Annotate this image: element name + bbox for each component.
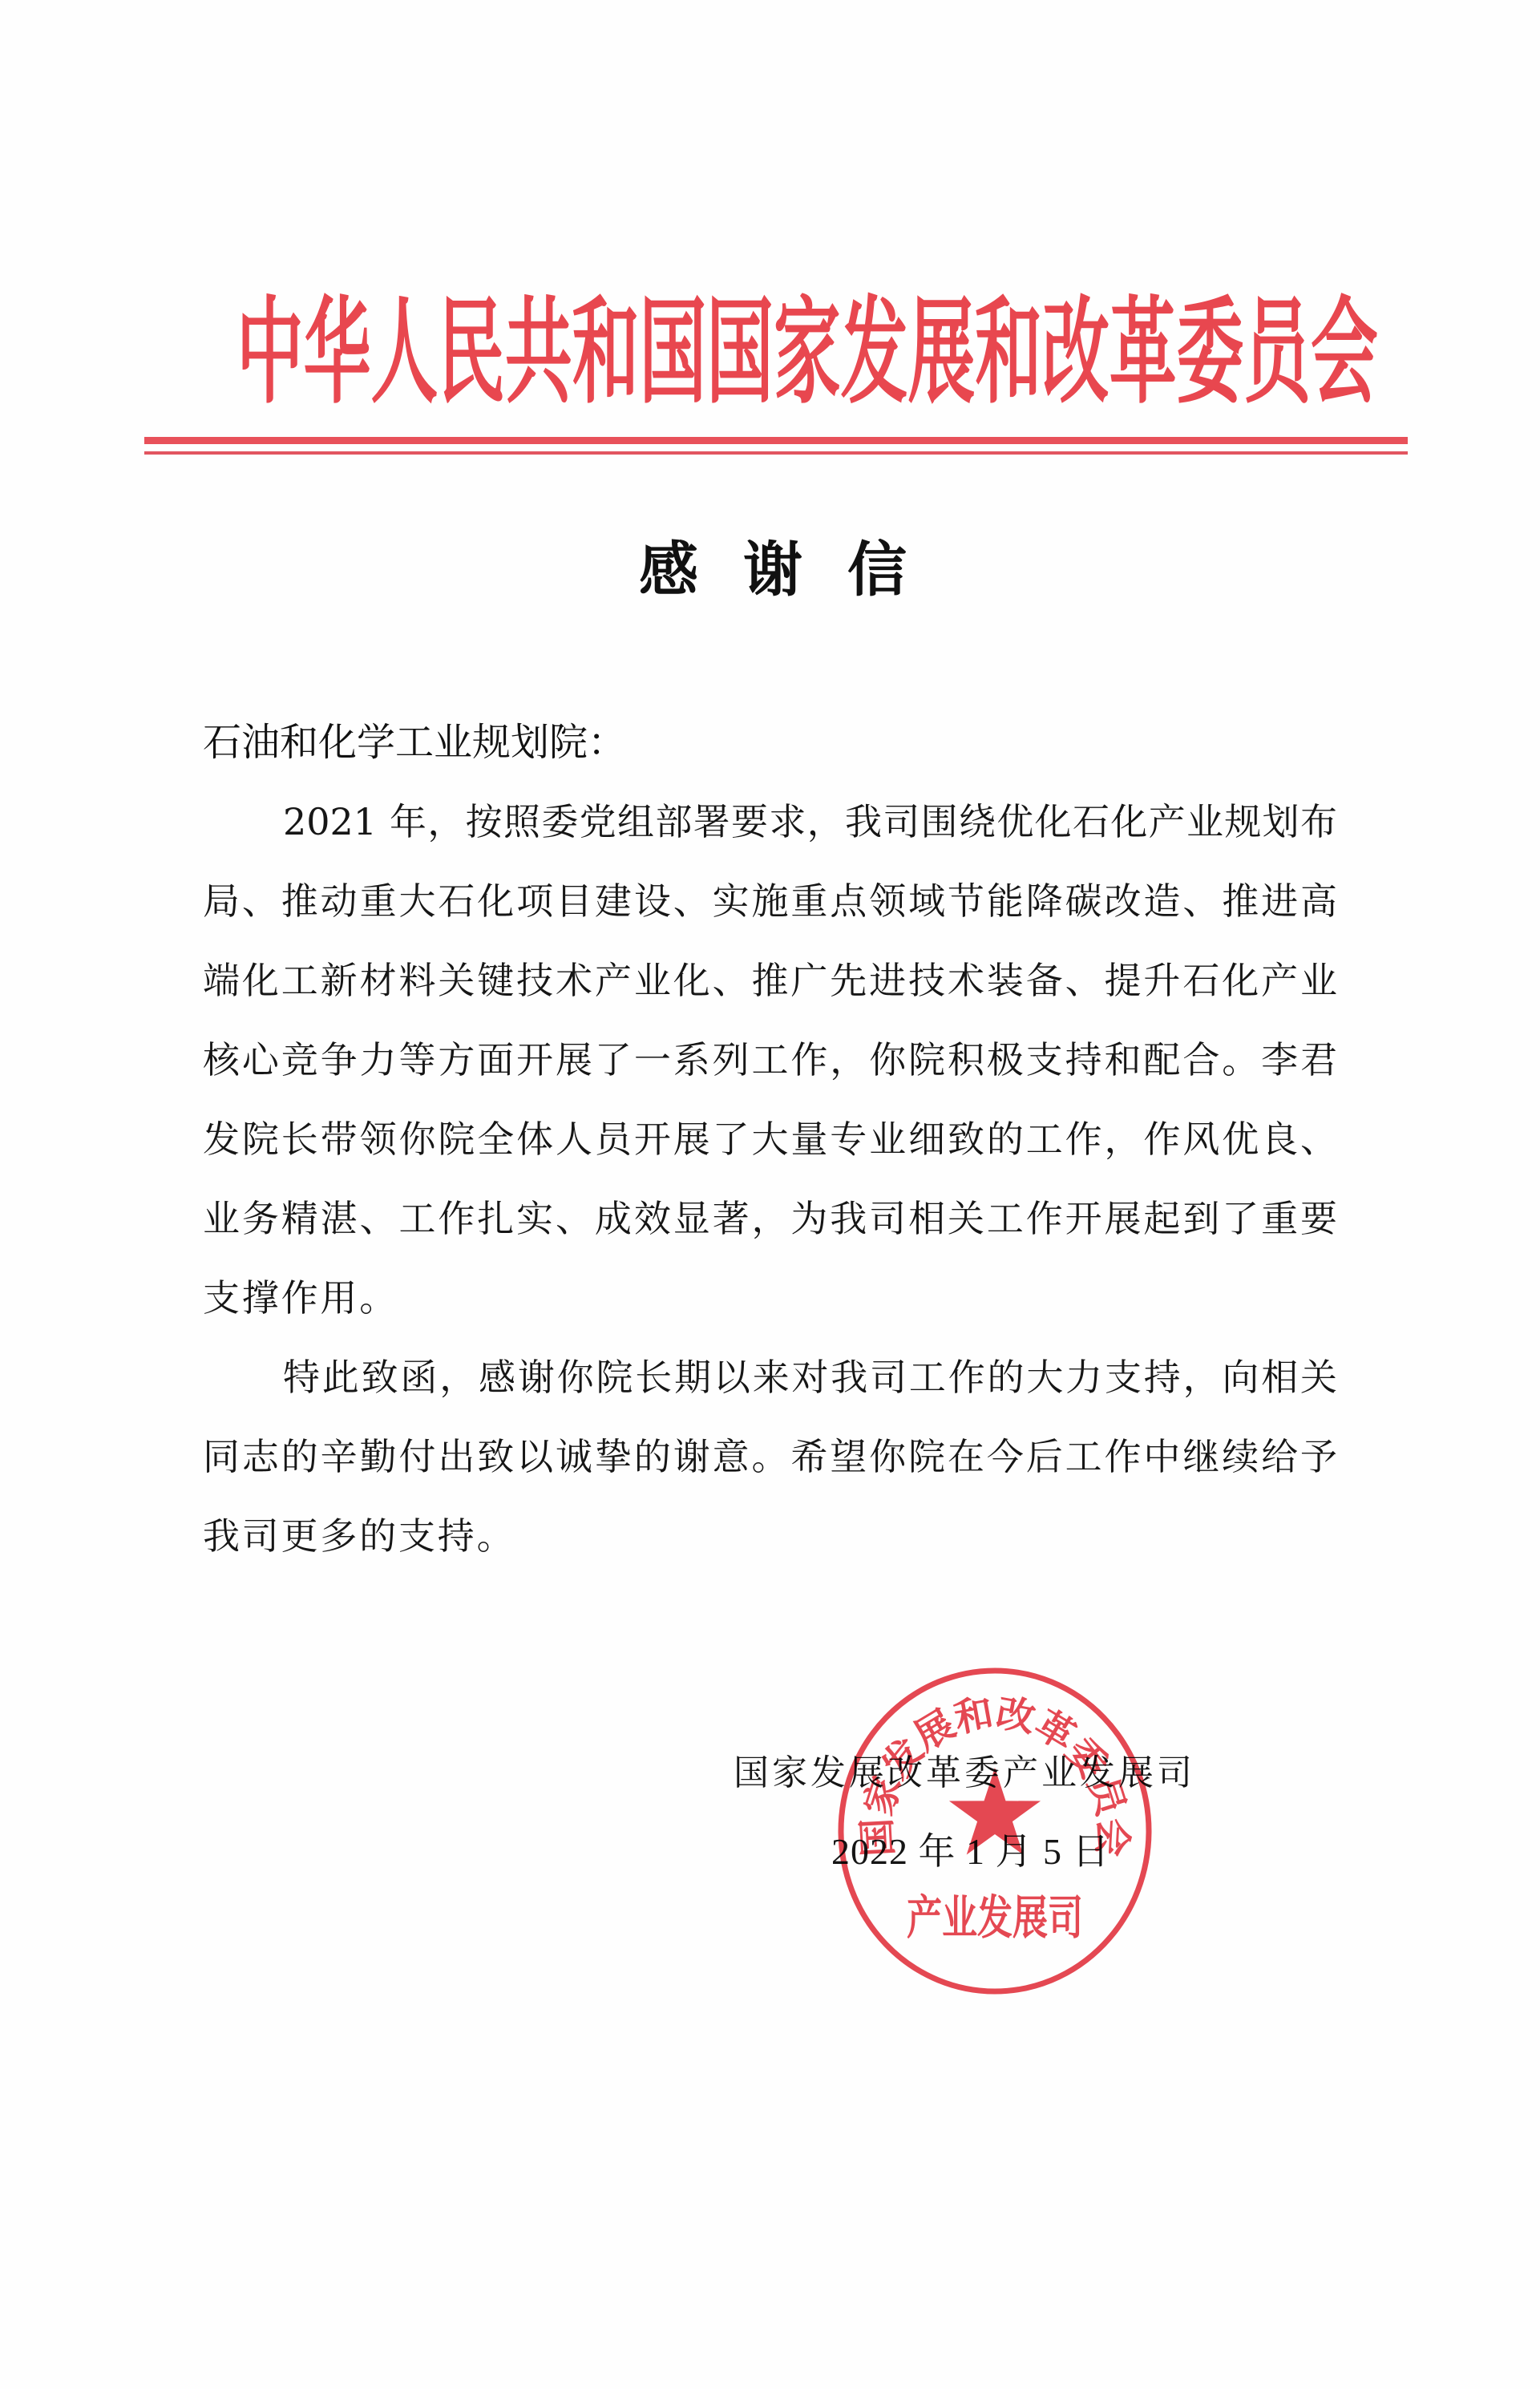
body-line: 局、推动重大石化项目建设、实施重点领域节能降碳改造、推进高 <box>203 862 1337 941</box>
letterhead-org-name: 中华人民共和国国家发展和改革委员会 <box>236 294 1378 410</box>
body-line: 特此致函，感谢你院长期以来对我司工作的大力支持，向相关 <box>203 1338 1337 1417</box>
official-seal-icon: 国家发展和改革委员会 产业发展司 <box>838 1667 1152 1995</box>
seal-bottom-text: 产业发展司 <box>907 1890 1083 1945</box>
body-line: 核心竞争力等方面开展了一系列工作，你院积极支持和配合。李君 <box>203 1021 1337 1100</box>
body-line: 同志的辛勤付出致以诚挚的谢意。希望你院在今后工作中继续给予 <box>203 1417 1337 1497</box>
paragraph-2: 特此致函，感谢你院长期以来对我司工作的大力支持，向相关 同志的辛勤付出致以诚挚的… <box>203 1338 1337 1576</box>
letterhead-rule-thick <box>144 437 1408 444</box>
body-line: 端化工新材料关键技术产业化、推广先进技术装备、提升石化产业 <box>203 941 1337 1021</box>
seal-star-icon <box>949 1768 1041 1855</box>
body-line: 支撑作用。 <box>203 1259 1337 1338</box>
body-line: 发院长带领你院全体人员开展了大量专业细致的工作，作风优良、 <box>203 1100 1337 1179</box>
paragraph-1: 2021 年，按照委党组部署要求，我司围绕优化石化产业规划布 局、推动重大石化项… <box>203 782 1337 1338</box>
letterhead-rule-thin <box>144 451 1408 455</box>
body-line: 2021 年，按照委党组部署要求，我司围绕优化石化产业规划布 <box>203 782 1337 862</box>
body-line: 我司更多的支持。 <box>203 1497 1337 1576</box>
body-line: 业务精湛、工作扎实、成效显著，为我司相关工作开展起到了重要 <box>203 1179 1337 1259</box>
letter-body: 2021 年，按照委党组部署要求，我司围绕优化石化产业规划布 局、推动重大石化项… <box>203 782 1337 1576</box>
letter-title: 感谢信 <box>639 539 952 601</box>
salutation: 石油和化学工业规划院： <box>203 703 626 782</box>
